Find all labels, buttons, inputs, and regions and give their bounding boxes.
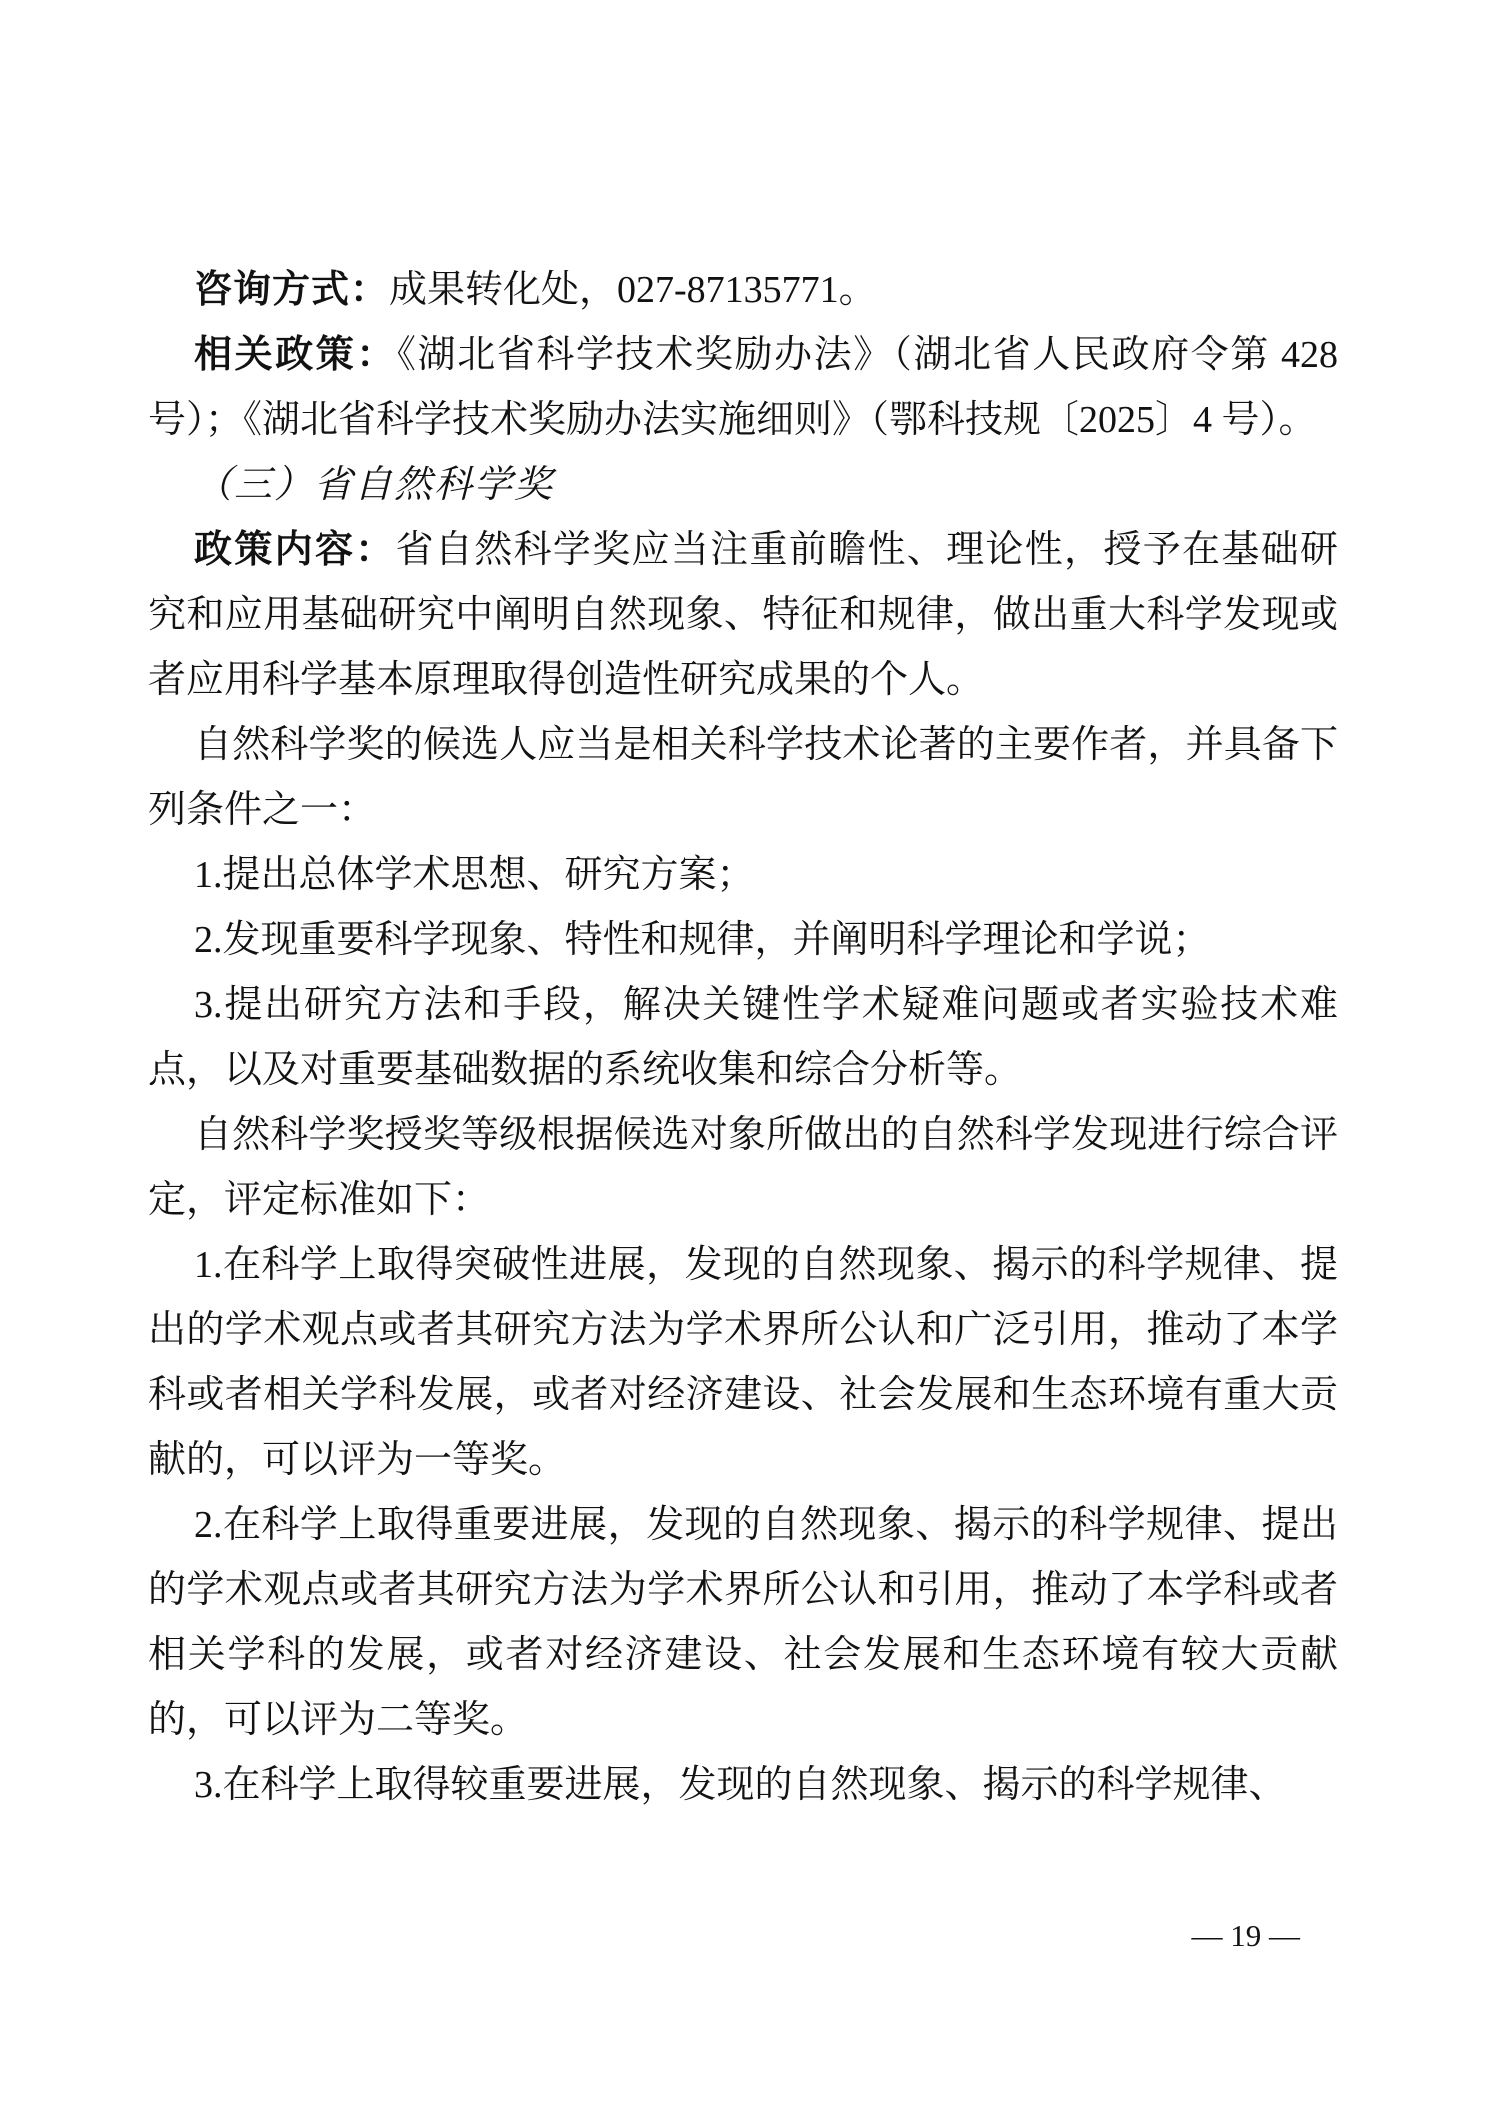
paragraph-condition-3: 3.提出研究方法和手段，解决关键性学术疑难问题或者实验技术难点，以及对重要基础数…: [148, 973, 1338, 1103]
paragraph-condition-1: 1.提出总体学术思想、研究方案；: [148, 843, 1338, 908]
paragraph-condition-2: 2.发现重要科学现象、特性和规律，并阐明科学理论和学说；: [148, 908, 1338, 973]
paragraph-grading-intro: 自然科学奖授奖等级根据候选对象所做出的自然科学发现进行综合评定，评定标准如下：: [148, 1103, 1338, 1233]
paragraph-contact-method: 咨询方式：成果转化处，027-87135771。: [148, 258, 1338, 323]
paragraph-criteria-second-prize: 2.在科学上取得重要进展，发现的自然现象、揭示的科学规律、提出的学术观点或者其研…: [148, 1493, 1338, 1753]
related-policy-label: 相关政策：: [194, 334, 397, 376]
paragraph-related-policy: 相关政策：《湖北省科学技术奖励办法》（湖北省人民政府令第 428 号）；《湖北省…: [148, 323, 1338, 453]
paragraph-criteria-first-prize: 1.在科学上取得突破性进展，发现的自然现象、揭示的科学规律、提出的学术观点或者其…: [148, 1233, 1338, 1493]
page-number: — 19 —: [1192, 1918, 1301, 1953]
page-content: 咨询方式：成果转化处，027-87135771。 相关政策：《湖北省科学技术奖励…: [148, 258, 1338, 1818]
paragraph-candidate-requirement: 自然科学奖的候选人应当是相关科学技术论著的主要作者，并具备下列条件之一：: [148, 713, 1338, 843]
page-footer: — 19 —: [1192, 1916, 1301, 1956]
section-heading-natural-science-award: （三）省自然科学奖: [148, 453, 1338, 518]
contact-method-text: 成果转化处，027-87135771。: [389, 269, 877, 311]
contact-method-label: 咨询方式：: [194, 269, 389, 311]
policy-content-label: 政策内容：: [194, 529, 396, 571]
document-page: 咨询方式：成果转化处，027-87135771。 相关政策：《湖北省科学技术奖励…: [0, 0, 1486, 2103]
paragraph-criteria-third-prize-partial: 3.在科学上取得较重要进展，发现的自然现象、揭示的科学规律、: [148, 1753, 1338, 1818]
paragraph-policy-content: 政策内容：省自然科学奖应当注重前瞻性、理论性，授予在基础研究和应用基础研究中阐明…: [148, 518, 1338, 713]
